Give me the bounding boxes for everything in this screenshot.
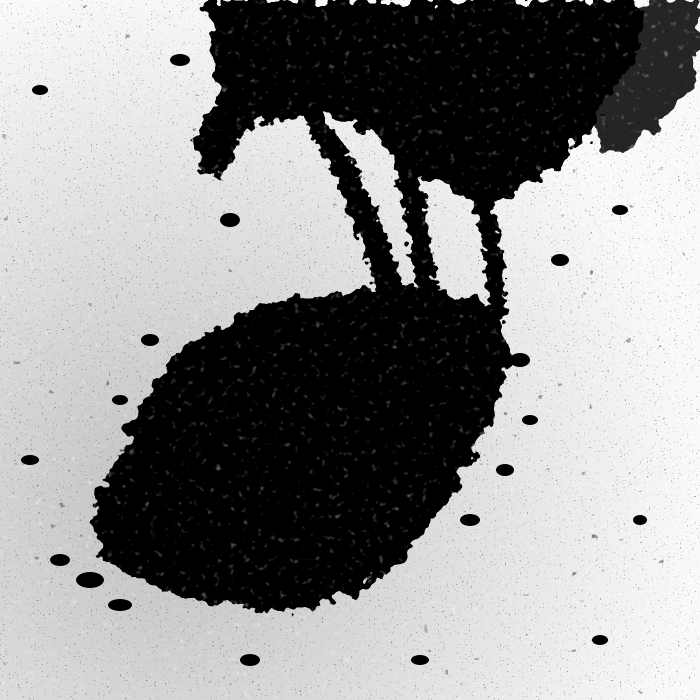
halftone-image: High-contrast black-and-white dithered (… (0, 0, 700, 700)
image-canvas (0, 0, 700, 700)
inner-speckles (0, 0, 700, 700)
